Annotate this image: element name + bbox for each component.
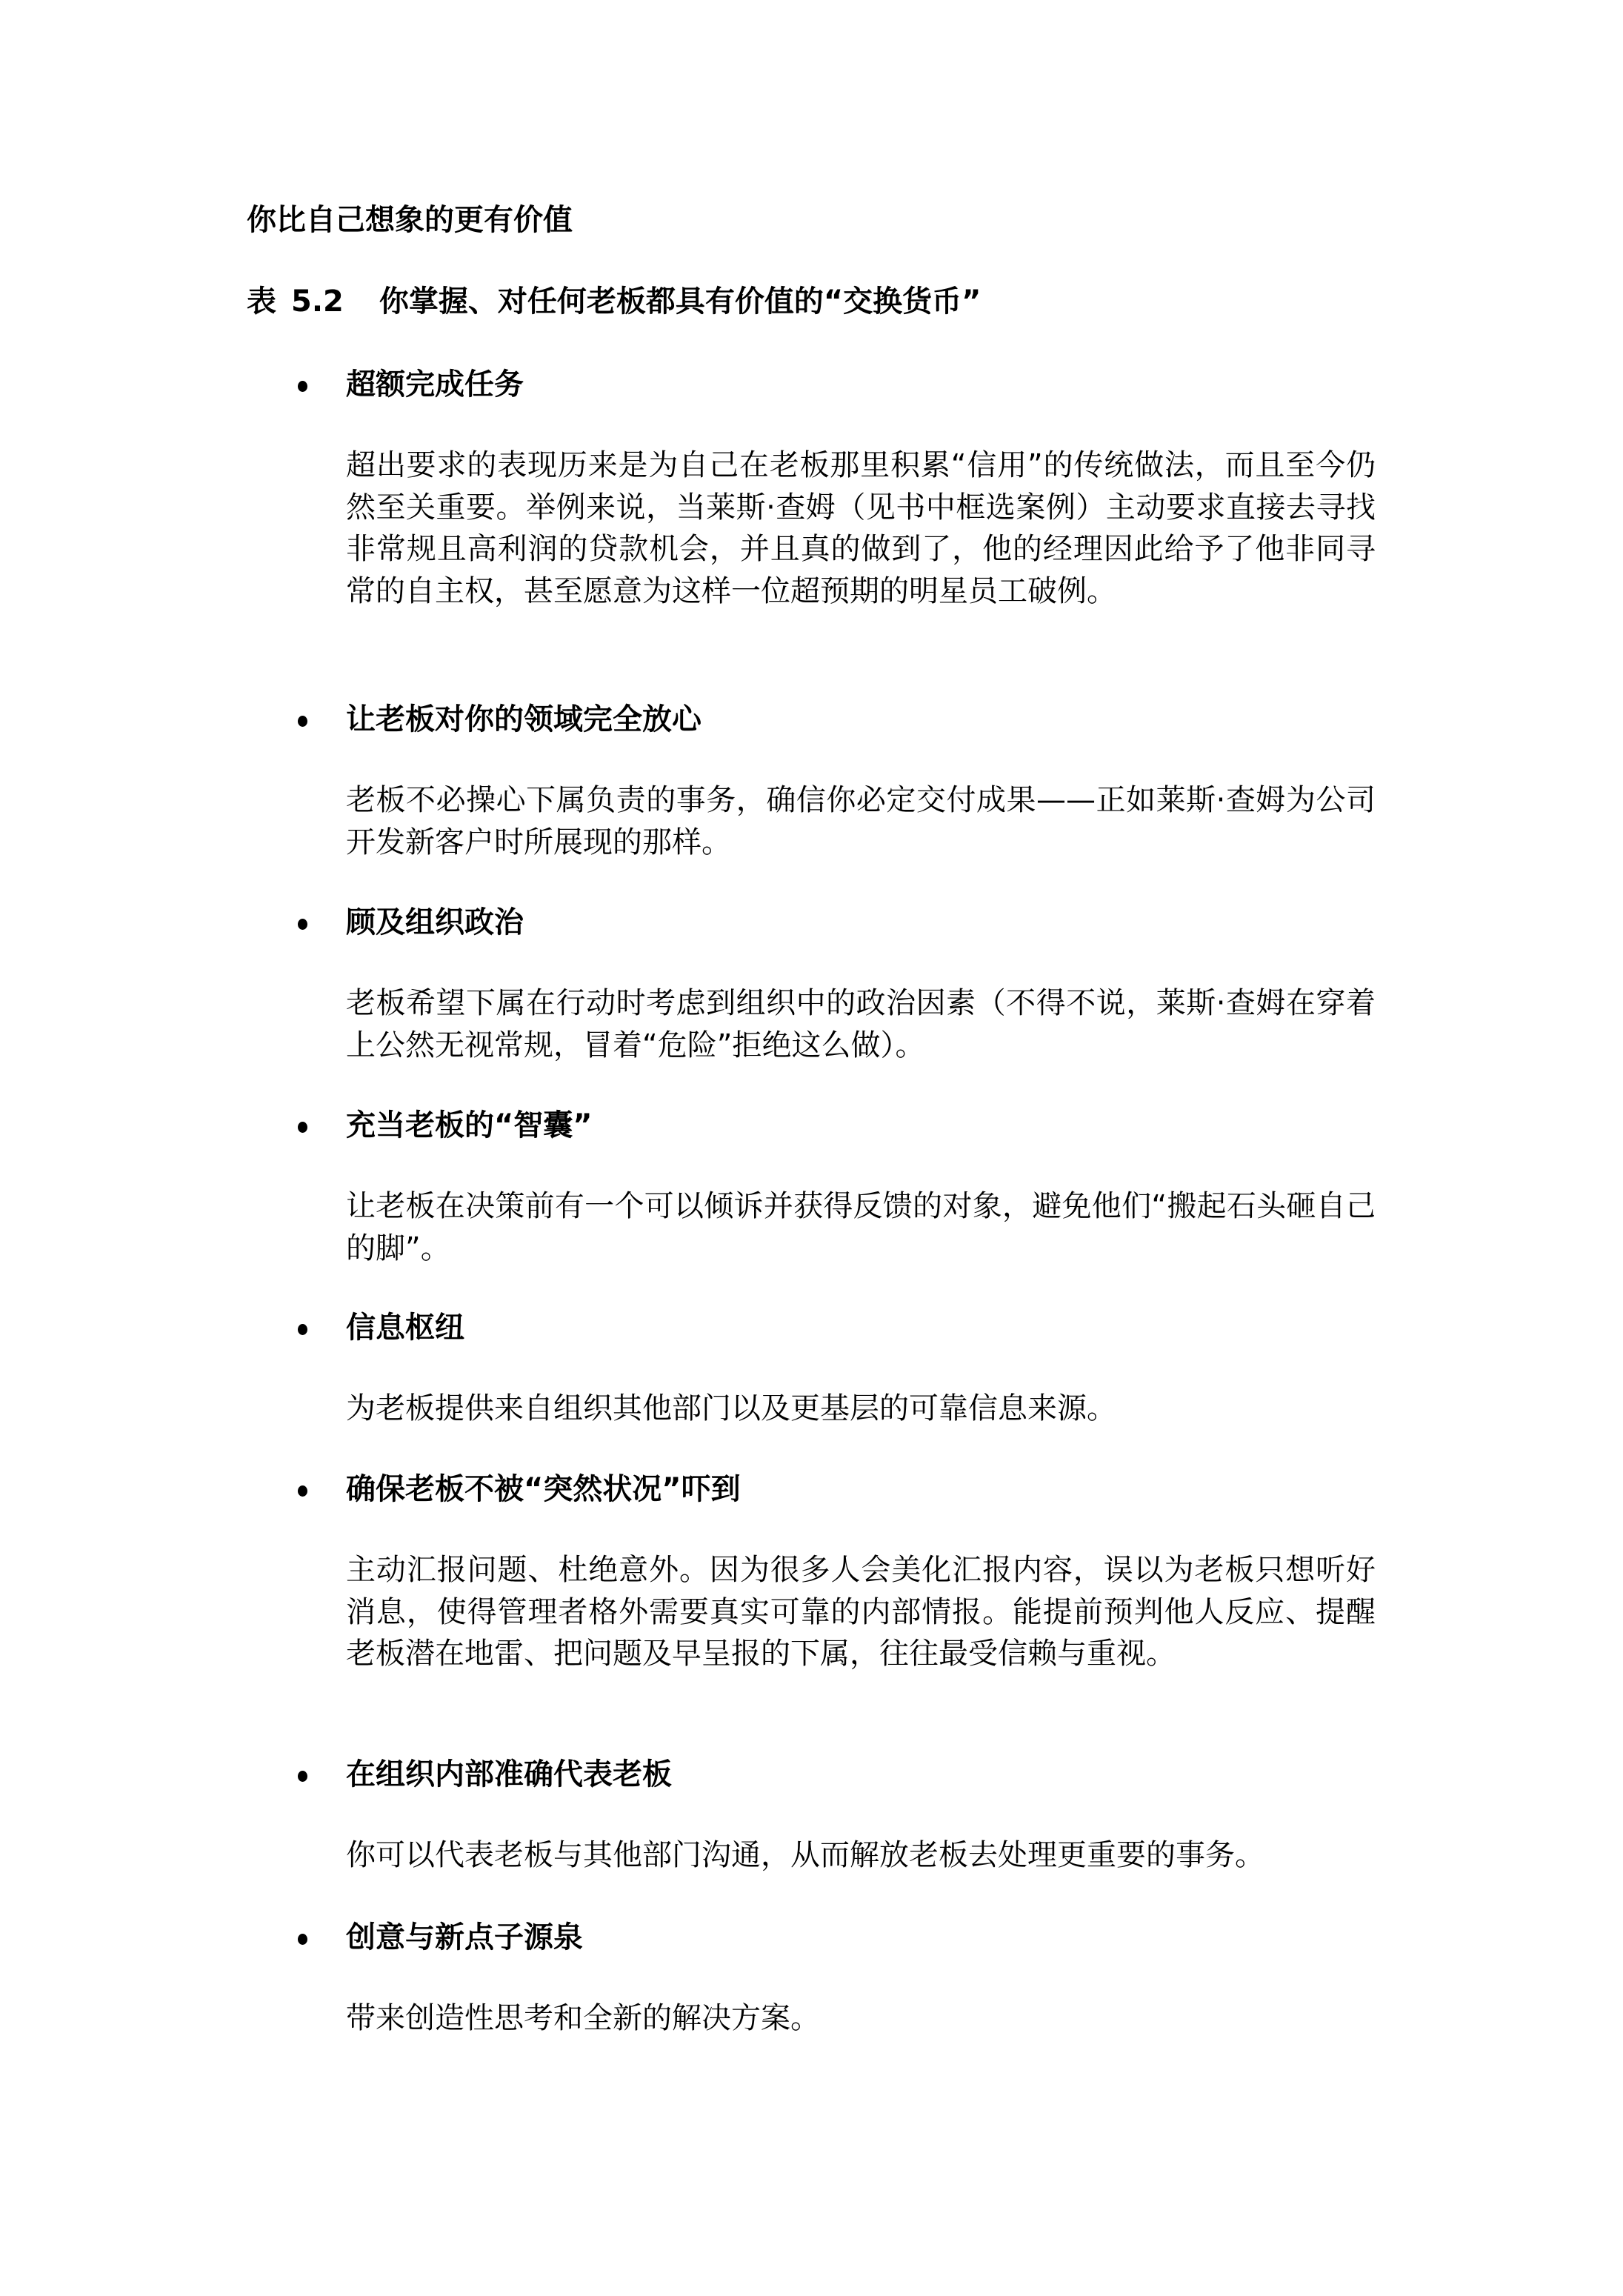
table-title: 你掌握、对任何老板都具有价值的“交换货币” (379, 284, 982, 319)
bullet-icon (298, 1771, 307, 1782)
document-page: 你比自己想象的更有价值 表5.2你掌握、对任何老板都具有价值的“交换货币” 超额… (0, 0, 1623, 2296)
item-body: 超出要求的表现历来是为自己在老板那里积累“信用”的传统做法，而且至今仍然至关重要… (346, 445, 1376, 612)
item-body: 老板希望下属在行动时考虑到组织中的政治因素（不得不说，莱斯·查姆在穿着上公然无视… (346, 982, 1376, 1066)
item-title: 创意与新点子源泉 (346, 1919, 583, 1956)
item-title: 在组织内部准确代表老板 (346, 1756, 672, 1793)
item-body: 老板不必操心下属负责的事务，确信你必定交付成果——正如莱斯·查姆为公司开发新客户… (346, 779, 1376, 863)
item-title: 超额完成任务 (346, 366, 524, 403)
item-body: 你可以代表老板与其他部门沟通，从而解放老板去处理更重要的事务。 (346, 1834, 1376, 1877)
item-title: 顾及组织政治 (346, 904, 524, 941)
bullet-icon (298, 1122, 307, 1133)
bullet-icon (298, 716, 307, 727)
table-label: 表 (247, 284, 276, 319)
section-title: 你比自己想象的更有价值 (247, 202, 573, 239)
item-title: 信息枢纽 (346, 1309, 464, 1346)
item-body: 带来创造性思考和全新的解决方案。 (346, 1997, 1376, 2040)
bullet-icon (298, 381, 307, 392)
bullet-icon (298, 1934, 307, 1945)
item-body: 主动汇报问题、杜绝意外。因为很多人会美化汇报内容，误以为老板只想听好消息，使得管… (346, 1549, 1376, 1675)
bullet-icon (298, 1324, 307, 1335)
item-body: 为老板提供来自组织其他部门以及更基层的可靠信息来源。 (346, 1388, 1376, 1430)
item-title: 充当老板的“智囊” (346, 1107, 593, 1144)
bullet-icon (298, 1485, 307, 1497)
item-body: 让老板在决策前有一个可以倾诉并获得反馈的对象，避免他们“搬起石头砸自己的脚”。 (346, 1185, 1376, 1269)
table-caption: 表5.2你掌握、对任何老板都具有价值的“交换货币” (247, 283, 981, 320)
table-number: 5.2 (291, 284, 344, 319)
bullet-icon (298, 919, 307, 930)
item-title: 确保老板不被“突然状况”吓到 (346, 1471, 741, 1508)
item-title: 让老板对你的领域完全放心 (346, 701, 701, 738)
